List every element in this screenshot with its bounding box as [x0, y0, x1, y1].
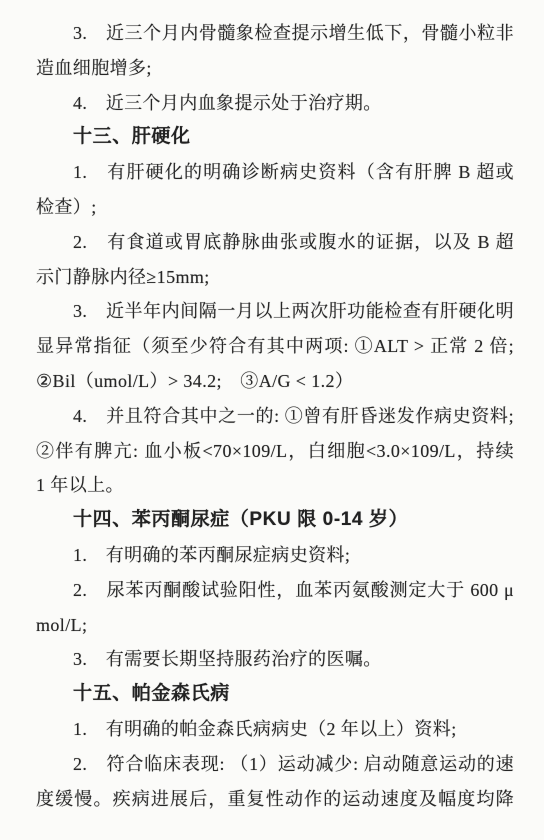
doc-line: 1. 有肝硬化的明确诊断病史资料（含有肝脾 B 超或 CT [36, 155, 514, 190]
doc-line: 2. 有食道或胃底静脉曲张或腹水的证据，以及 B 超提 [36, 225, 514, 260]
doc-line: 3. 近三个月内骨髓象检查提示增生低下，骨髓小粒非 [36, 16, 514, 51]
doc-line: 造血细胞增多; [36, 51, 514, 86]
doc-line: 4. 近三个月内血象提示处于治疗期。 [36, 86, 514, 121]
doc-line: 3. 近半年内间隔一月以上两次肝功能检查有肝硬化明 [36, 294, 514, 329]
section-heading-15: 十五、帕金森氏病 [36, 677, 514, 712]
section-heading-14: 十四、苯丙酮尿症（PKU 限 0-14 岁） [36, 503, 514, 538]
doc-line: 度缓慢。疾病进展后，重复性动作的运动速度及幅度均降低; [36, 782, 514, 817]
doc-line: ②伴有脾亢: 血小板<70×109/L，白细胞<3.0×109/L，持续 [36, 434, 514, 469]
doc-line: 检查）; [36, 190, 514, 225]
doc-line: 1. 有明确的苯丙酮尿症病史资料; [36, 538, 514, 573]
doc-line: 4. 并且符合其中之一的: ①曾有肝昏迷发作病史资料; [36, 399, 514, 434]
doc-line: 3. 有需要长期坚持服药治疗的医嘱。 [36, 642, 514, 677]
doc-line: 1 年以上。 [36, 468, 514, 503]
doc-line: mol/L; [36, 608, 514, 643]
doc-line: 示门静脉内径≥15mm; [36, 260, 514, 295]
doc-line: 2. 尿苯丙酮酸试验阳性，血苯丙氨酸测定大于 600 μ [36, 573, 514, 608]
section-heading-13: 十三、肝硬化 [36, 120, 514, 155]
document-page: 3. 近三个月内骨髓象检查提示增生低下，骨髓小粒非 造血细胞增多; 4. 近三个… [0, 0, 544, 840]
doc-line: 2. 符合临床表现: （1）运动减少: 启动随意运动的速 [36, 747, 514, 782]
doc-line: ②Bil（umol/L）> 34.2; ③A/G < 1.2） [36, 364, 514, 399]
doc-line: 1. 有明确的帕金森氏病病史（2 年以上）资料; [36, 712, 514, 747]
doc-line: 显异常指征（须至少符合有其中两项: ①ALT > 正常 2 倍; [36, 329, 514, 364]
